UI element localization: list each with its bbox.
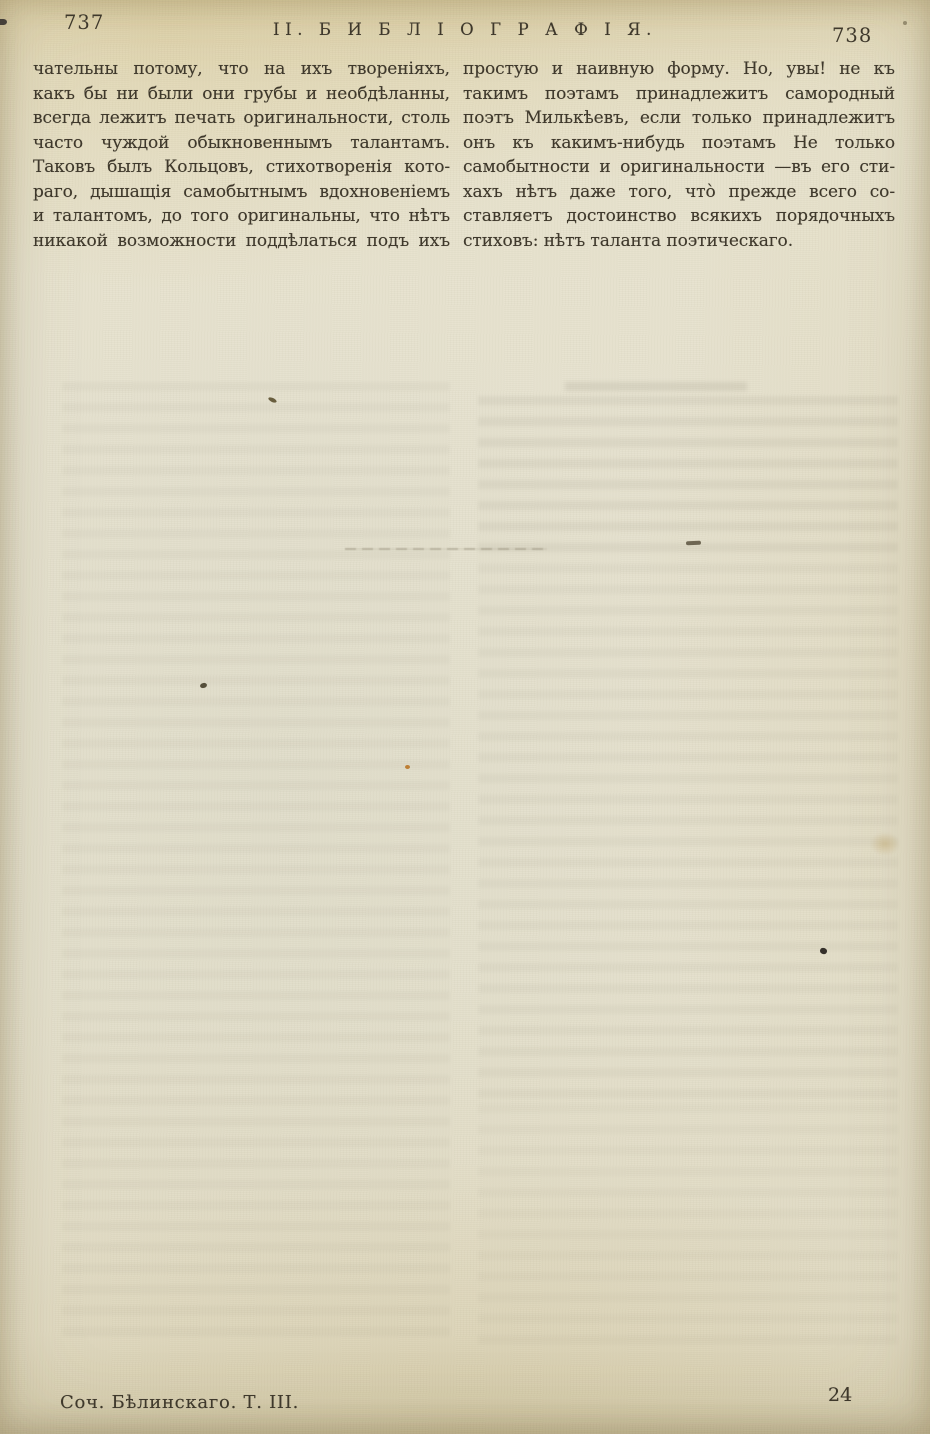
ink-speck xyxy=(268,396,278,403)
text-line: онъкъкакимъ-нибудьпоэтамъНетолько xyxy=(463,131,895,156)
text-line: поэтъМилькѣевъ,еслитолькопринадлежитъ xyxy=(463,106,895,131)
faint-divider-rule xyxy=(345,548,547,550)
text-line: самобытностииоригинальности—въегости- xyxy=(463,155,895,180)
text-line: ТаковъбылъКольцовъ,стихотвореніякото- xyxy=(33,155,450,180)
paper-stain xyxy=(870,832,900,856)
text-line: простуюинаивнуюформу.Но,увы!некъ xyxy=(463,57,895,82)
ink-dash-mark xyxy=(686,541,701,546)
footer-imprint: Соч. Бѣлинскаго. Т. III. xyxy=(60,1392,299,1413)
text-line: ставляетъдостоинствовсякихъпорядочныхъ xyxy=(463,204,895,229)
text-line: раго,дышащіясамобытнымъвдохновеніемъ xyxy=(33,180,450,205)
text-line: такимъпоэтамъпринадлежитъсамородный xyxy=(463,82,895,107)
section-header: II. Б И Б Л І О Г Р А Ф І Я. xyxy=(0,20,930,39)
text-line: какъбынибылионигрубыинеобдѣланны, xyxy=(33,82,450,107)
rust-speck xyxy=(405,765,410,769)
text-line: италантомъ,дотогооригинальны,чтонѣтъ xyxy=(33,204,450,229)
show-through-right-column xyxy=(478,396,898,564)
text-line: стиховъ: нѣтъ таланта поэтическаго. xyxy=(463,229,895,254)
show-through-right-column xyxy=(478,564,898,1104)
page-number-right: 738 xyxy=(832,24,872,47)
text-line: часточуждойобыкновеннымъталантамъ. xyxy=(33,131,450,156)
show-through-right-column xyxy=(478,1104,898,1346)
footer-signature-number: 24 xyxy=(828,1384,852,1406)
text-line: никакойвозможностиподдѣлатьсяподъихъ xyxy=(33,229,450,254)
show-through-left-column xyxy=(62,382,450,1337)
text-column-right: простуюинаивнуюформу.Но,увы!некъ такимъп… xyxy=(463,57,895,253)
show-through-heading xyxy=(565,382,747,391)
text-line: чательныпотому,чтонаихътвореніяхъ, xyxy=(33,57,450,82)
scanned-book-page: 737 II. Б И Б Л І О Г Р А Ф І Я. 738 чат… xyxy=(0,0,930,1434)
ink-speck xyxy=(199,682,207,689)
text-line: хахънѣтъдажетого,что̀преждевсегосо- xyxy=(463,180,895,205)
ink-speck xyxy=(819,947,828,955)
text-column-left: чательныпотому,чтонаихътвореніяхъ, какъб… xyxy=(33,57,450,253)
text-line: всегдалежитъпечатьоригинальности,столь xyxy=(33,106,450,131)
